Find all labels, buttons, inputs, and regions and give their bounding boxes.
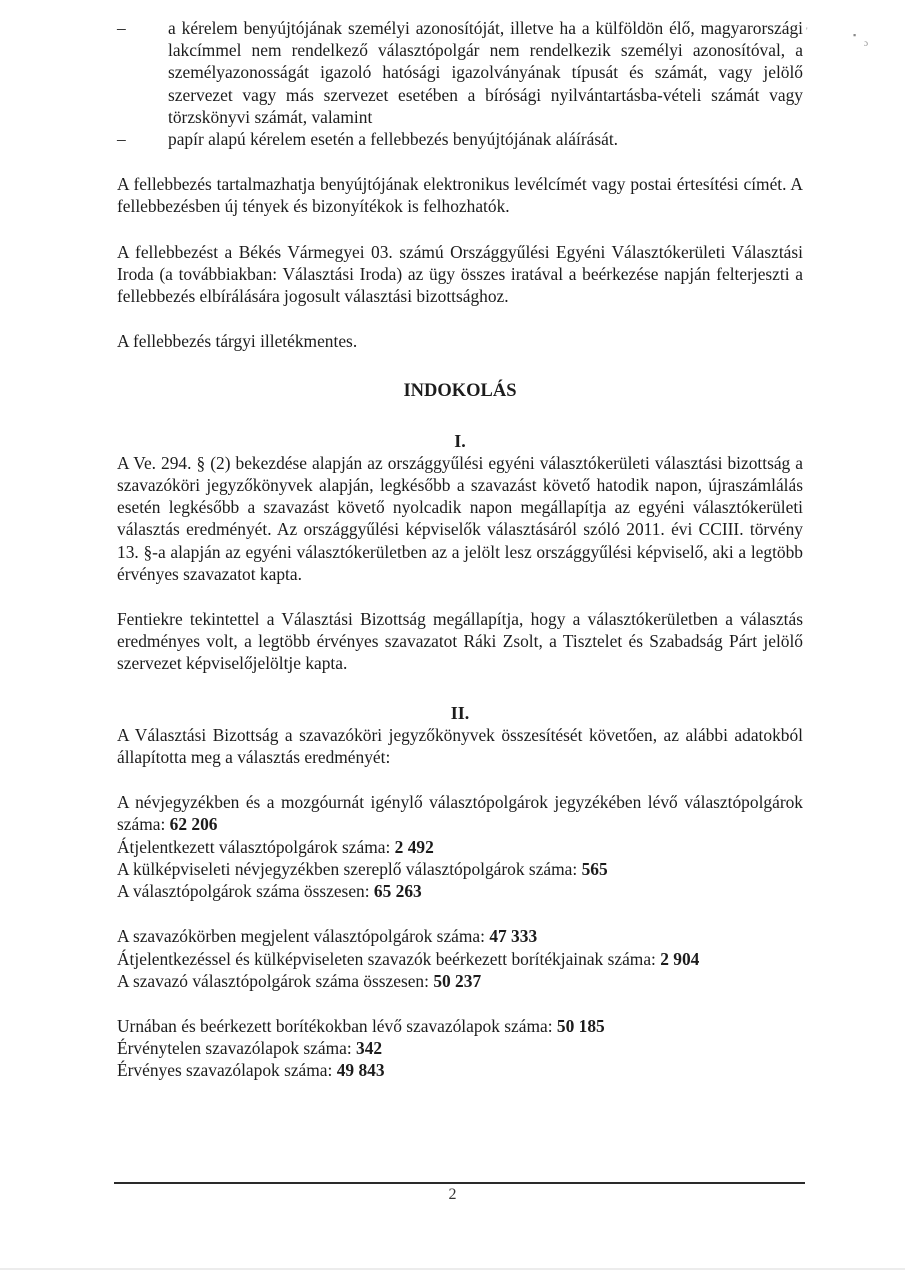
stat-line: Érvénytelen szavazólapok száma: 342 <box>117 1037 803 1059</box>
stat-value: 65 263 <box>374 881 422 901</box>
stats-group-turnout: A szavazókörben megjelent választópolgár… <box>117 925 803 992</box>
scan-artifact: ' <box>806 26 808 36</box>
stat-value: 2 904 <box>660 949 699 969</box>
stat-line: Urnában és beérkezett borítékokban lévő … <box>117 1015 803 1037</box>
stat-line: A szavazó választópolgárok száma összese… <box>117 970 803 992</box>
stat-value: 342 <box>356 1038 382 1058</box>
stat-value: 2 492 <box>395 837 434 857</box>
stat-value: 62 206 <box>170 814 218 834</box>
stat-label: A külképviseleti névjegyzékben szereplő … <box>117 859 582 879</box>
page-number: 2 <box>0 1186 905 1204</box>
stat-label: Érvénytelen szavazólapok száma: <box>117 1038 356 1058</box>
stat-label: A névjegyzékben és a mozgóurnát igénylő … <box>117 792 803 834</box>
section-2-intro: A Választási Bizottság a szavazóköri jeg… <box>117 724 803 768</box>
stat-line: Érvényes szavazólapok száma: 49 843 <box>117 1059 803 1081</box>
footer-rule <box>114 1182 805 1184</box>
section-2-number: II. <box>117 702 803 724</box>
scan-edge <box>0 1268 905 1270</box>
paragraph-appeal-forwarding: A fellebbezést a Békés Vármegyei 03. szá… <box>117 241 803 308</box>
stat-line: Átjelentkezett választópolgárok száma: 2… <box>117 836 803 858</box>
list-item-text: papír alapú kérelem esetén a fellebbezés… <box>168 129 618 149</box>
stat-value: 47 333 <box>489 926 537 946</box>
list-item: – a kérelem benyújtójának személyi azono… <box>117 17 803 128</box>
paragraph-fee-exempt: A fellebbezés tárgyi illetékmentes. <box>117 330 803 352</box>
stat-line: A névjegyzékben és a mozgóurnát igénylő … <box>117 791 803 835</box>
stat-value: 50 237 <box>433 971 481 991</box>
section-1-paragraph-legal-basis: A Ve. 294. § (2) bekezdése alapján az or… <box>117 452 803 585</box>
bullet-dash: – <box>117 17 126 39</box>
stat-label: Átjelentkezett választópolgárok száma: <box>117 837 395 857</box>
stat-label: Urnában és beérkezett borítékokban lévő … <box>117 1016 557 1036</box>
scan-artifact: ɔ <box>864 38 868 48</box>
stat-value: 49 843 <box>337 1060 385 1080</box>
bullet-dash: – <box>117 128 126 150</box>
list-item-text: a kérelem benyújtójának személyi azonosí… <box>168 18 803 127</box>
list-item: – papír alapú kérelem esetén a fellebbez… <box>117 128 803 150</box>
stats-group-ballots: Urnában és beérkezett borítékokban lévő … <box>117 1015 803 1082</box>
paragraph-appeal-content: A fellebbezés tartalmazhatja benyújtóján… <box>117 173 803 217</box>
stat-label: A választópolgárok száma összesen: <box>117 881 374 901</box>
section-1-number: I. <box>117 430 803 452</box>
scan-artifact: ▪ <box>853 30 856 40</box>
stat-line: A külképviseleti névjegyzékben szereplő … <box>117 858 803 880</box>
stat-line: A szavazókörben megjelent választópolgár… <box>117 925 803 947</box>
main-heading: INDOKOLÁS <box>117 380 803 402</box>
stat-label: Érvényes szavazólapok száma: <box>117 1060 337 1080</box>
stat-line: Átjelentkezéssel és külképviseleten szav… <box>117 948 803 970</box>
stat-label: Átjelentkezéssel és külképviseleten szav… <box>117 949 660 969</box>
stat-line: A választópolgárok száma összesen: 65 26… <box>117 880 803 902</box>
stat-value: 565 <box>582 859 608 879</box>
document-page: – a kérelem benyújtójának személyi azono… <box>117 17 803 1082</box>
stat-label: A szavazókörben megjelent választópolgár… <box>117 926 489 946</box>
stat-value: 50 185 <box>557 1016 605 1036</box>
stat-label: A szavazó választópolgárok száma összese… <box>117 971 433 991</box>
requirements-list: – a kérelem benyújtójának személyi azono… <box>117 17 803 150</box>
stats-group-voters: A névjegyzékben és a mozgóurnát igénylő … <box>117 791 803 902</box>
section-1-paragraph-result: Fentiekre tekintettel a Választási Bizot… <box>117 608 803 675</box>
